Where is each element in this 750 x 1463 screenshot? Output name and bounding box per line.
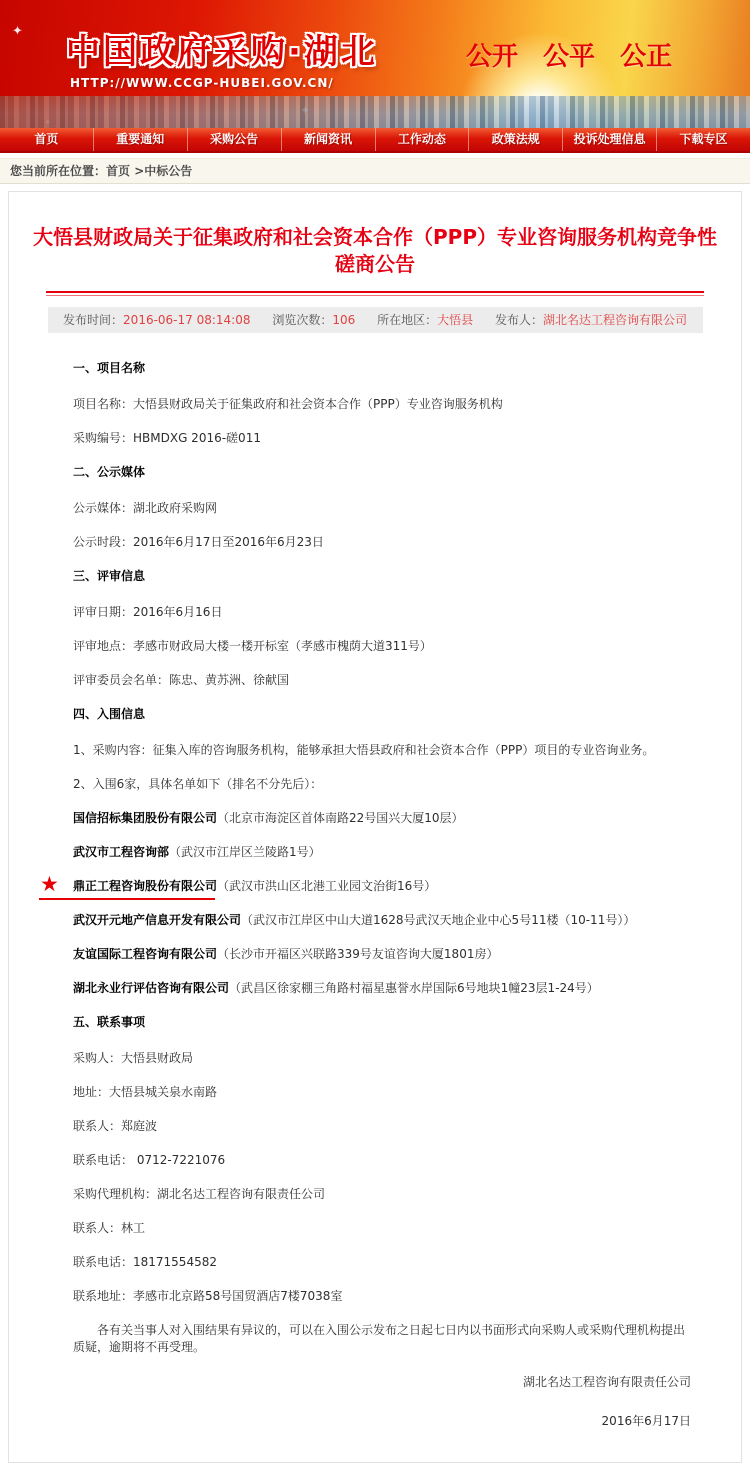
section-heading: 五、联系事项 xyxy=(73,1014,691,1031)
body-paragraph: 地址：大悟县城关泉水南路 xyxy=(73,1084,691,1101)
section-heading: 二、公示媒体 xyxy=(73,464,691,481)
body-paragraph: 采购代理机构：湖北名达工程咨询有限责任公司 xyxy=(73,1186,691,1203)
body-paragraph: 公示媒体：湖北政府采购网 xyxy=(73,500,691,517)
nav-item-complaint-handling[interactable]: 投诉处理信息 xyxy=(563,128,657,151)
site-title: 中国政府采购·湖北 xyxy=(66,24,378,73)
nav-item-downloads[interactable]: 下载专区 xyxy=(657,128,750,151)
company-name: 湖北永业行评估咨询有限公司 xyxy=(73,981,229,995)
signature-line: 湖北名达工程咨询有限责任公司 xyxy=(73,1374,691,1391)
starred-company: ★鼎正工程咨询股份有限公司 xyxy=(73,878,217,895)
site-banner: ✦ ✦ ✦ 中国政府采购·湖北 HTTP://WWW.CCGP-HUBEI.GO… xyxy=(0,0,750,128)
publish-time: 发布时间：2016-06-17 08:14:08 xyxy=(63,313,250,327)
main-nav: 首页重要通知采购公告新闻资讯工作动态政策法规投诉处理信息下载专区 xyxy=(0,128,750,153)
article-meta: 发布时间：2016-06-17 08:14:08 浏览次数：106 所在地区：大… xyxy=(48,307,703,333)
body-paragraph: 联系人：林工 xyxy=(73,1220,691,1237)
body-paragraph: 评审委员会名单：陈忠、黄苏洲、徐献国 xyxy=(73,672,691,689)
section-heading: 四、入围信息 xyxy=(73,706,691,723)
company-address: （武汉市洪山区北港工业园文治街16号） xyxy=(217,879,436,893)
body-paragraph: 采购编号：HBMDXG 2016-磋011 xyxy=(73,430,691,447)
body-paragraph: 评审地点：孝感市财政局大楼一楼开标室（孝感市槐荫大道311号） xyxy=(73,638,691,655)
body-paragraph: 联系人：郑庭波 xyxy=(73,1118,691,1135)
nav-item-policies-regulations[interactable]: 政策法规 xyxy=(469,128,563,151)
body-paragraph: 1、采购内容：征集入库的咨询服务机构，能够承担大悟县政府和社会资本合作（PPP）… xyxy=(73,742,691,759)
region: 所在地区：大悟县 xyxy=(377,313,473,327)
breadcrumb-home-link[interactable]: 首页 xyxy=(106,164,130,178)
body-paragraph: 联系地址：孝感市北京路58号国贸酒店7楼7038室 xyxy=(73,1288,691,1305)
company-row: 武汉市工程咨询部（武汉市江岸区兰陵路1号） xyxy=(73,844,691,861)
article-container: 大悟县财政局关于征集政府和社会资本合作（PPP）专业咨询服务机构竞争性磋商公告 … xyxy=(8,191,742,1463)
breadcrumb: 您当前所在位置：首页 >中标公告 xyxy=(0,158,750,184)
section-heading: 三、评审信息 xyxy=(73,568,691,585)
section-heading: 一、项目名称 xyxy=(73,360,691,377)
nav-item-news[interactable]: 新闻资讯 xyxy=(282,128,376,151)
company-name: 国信招标集团股份有限公司 xyxy=(73,811,217,825)
company-name: 友谊国际工程咨询有限公司 xyxy=(73,947,217,961)
company-name: 武汉开元地产信息开发有限公司 xyxy=(73,913,241,927)
signature-line: 2016年6月17日 xyxy=(73,1413,691,1430)
company-name: 鼎正工程咨询股份有限公司 xyxy=(73,879,217,893)
nav-item-work-trends[interactable]: 工作动态 xyxy=(376,128,470,151)
star-icon: ★ xyxy=(40,874,59,895)
breadcrumb-prefix: 您当前所在位置： xyxy=(10,164,106,178)
page-title: 大悟县财政局关于征集政府和社会资本合作（PPP）专业咨询服务机构竞争性磋商公告 xyxy=(27,224,723,278)
company-address: （北京市海淀区首体南路22号国兴大厦10层） xyxy=(217,811,464,825)
nav-item-important-notices[interactable]: 重要通知 xyxy=(94,128,188,151)
body-paragraph: 公示时段：2016年6月17日至2016年6月23日 xyxy=(73,534,691,551)
page: ✦ ✦ ✦ 中国政府采购·湖北 HTTP://WWW.CCGP-HUBEI.GO… xyxy=(0,0,750,1463)
company-address: （武汉市江岸区中山大道1628号武汉天地企业中心5号11楼（10-11号）） xyxy=(241,913,635,927)
company-address: （长沙市开福区兴联路339号友谊咨询大厦1801房） xyxy=(217,947,498,961)
breadcrumb-current: >中标公告 xyxy=(130,164,192,178)
company-address: （武昌区徐家棚三角路村福星惠誉水岸国际6号地块1幢23层1-24号） xyxy=(229,981,599,995)
winning-company-row: ★鼎正工程咨询股份有限公司（武汉市洪山区北港工业园文治街16号） xyxy=(73,878,691,895)
sparkle-icon: ✦ xyxy=(12,24,23,39)
publisher: 发布人：湖北名达工程咨询有限公司 xyxy=(495,313,687,327)
company-row: 友谊国际工程咨询有限公司（长沙市开福区兴联路339号友谊咨询大厦1801房） xyxy=(73,946,691,963)
body-paragraph: 联系电话：18171554582 xyxy=(73,1254,691,1271)
body-paragraph: 2、入围6家，具体名单如下（排名不分先后）： xyxy=(73,776,691,793)
company-address: （武汉市江岸区兰陵路1号） xyxy=(169,845,321,859)
site-url[interactable]: HTTP://WWW.CCGP-HUBEI.GOV.CN/ xyxy=(70,76,334,90)
body-paragraph: 项目名称：大悟县财政局关于征集政府和社会资本合作（PPP）专业咨询服务机构 xyxy=(73,396,691,413)
article-body: 一、项目名称项目名称：大悟县财政局关于征集政府和社会资本合作（PPP）专业咨询服… xyxy=(9,360,741,1430)
body-paragraph: 评审日期：2016年6月16日 xyxy=(73,604,691,621)
cityscape-image xyxy=(0,96,750,128)
title-divider xyxy=(46,291,704,296)
company-row: 武汉开元地产信息开发有限公司（武汉市江岸区中山大道1628号武汉天地企业中心5号… xyxy=(73,912,691,929)
banner-slogan: 公开 公平 公正 xyxy=(466,36,672,73)
company-row: 湖北永业行评估咨询有限公司（武昌区徐家棚三角路村福星惠誉水岸国际6号地块1幢23… xyxy=(73,980,691,997)
nav-item-procurement-announcements[interactable]: 采购公告 xyxy=(188,128,282,151)
nav-item-home[interactable]: 首页 xyxy=(0,128,94,151)
company-name: 武汉市工程咨询部 xyxy=(73,845,169,859)
notice-paragraph: 各有关当事人对入围结果有异议的，可以在入围公示发布之日起七日内以书面形式向采购人… xyxy=(73,1322,691,1356)
company-row: 国信招标集团股份有限公司（北京市海淀区首体南路22号国兴大厦10层） xyxy=(73,810,691,827)
view-count: 浏览次数：106 xyxy=(272,313,355,327)
body-paragraph: 采购人：大悟县财政局 xyxy=(73,1050,691,1067)
body-paragraph: 联系电话： 0712-7221076 xyxy=(73,1152,691,1169)
